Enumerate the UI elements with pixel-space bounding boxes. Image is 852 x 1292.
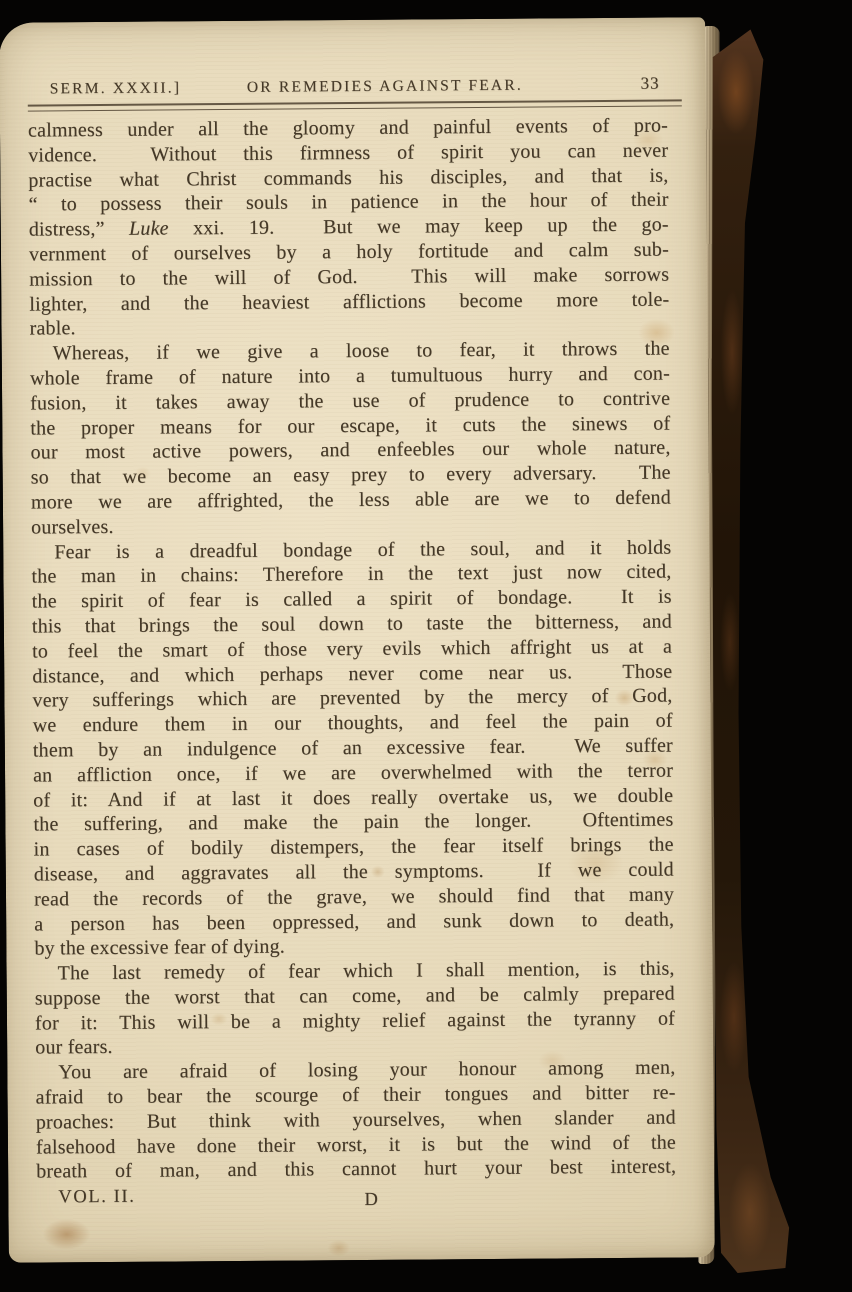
- text-segment: xxi. 19. But we may keep up the go-: [169, 214, 669, 240]
- page-number: 33: [641, 74, 660, 94]
- text-line: breath of man, and this cannot hurt your…: [36, 1155, 676, 1185]
- header-rule: [28, 99, 682, 111]
- paragraph: You are afraid of losing your honour amo…: [35, 1056, 676, 1185]
- scripture-reference: Luke: [129, 218, 169, 240]
- photo-background: SERM. XXXII.] OR REMEDIES AGAINST FEAR. …: [0, 0, 852, 1292]
- book-cover-edge: [710, 22, 802, 1278]
- body-text: calmness under all the gloomy and painfu…: [28, 114, 676, 1185]
- page-footer: VOL. II. D: [36, 1183, 676, 1209]
- running-head: SERM. XXXII.] OR REMEDIES AGAINST FEAR. …: [0, 17, 706, 99]
- paragraph: calmness under all the gloomy and painfu…: [28, 114, 670, 342]
- text-line: more we are affrighted, the less able ar…: [31, 485, 671, 515]
- text-segment: distress,”: [29, 218, 129, 241]
- signature-mark: D: [101, 1188, 642, 1213]
- page-title: OR REMEDIES AGAINST FEAR.: [155, 76, 615, 98]
- book-page: SERM. XXXII.] OR REMEDIES AGAINST FEAR. …: [0, 17, 715, 1263]
- paragraph: Fear is a dreadful bondage of the soul, …: [31, 535, 674, 962]
- paragraph: Whereas, if we give a loose to fear, it …: [30, 337, 672, 540]
- paragraph: The last remedy of fear which I shall me…: [35, 957, 676, 1061]
